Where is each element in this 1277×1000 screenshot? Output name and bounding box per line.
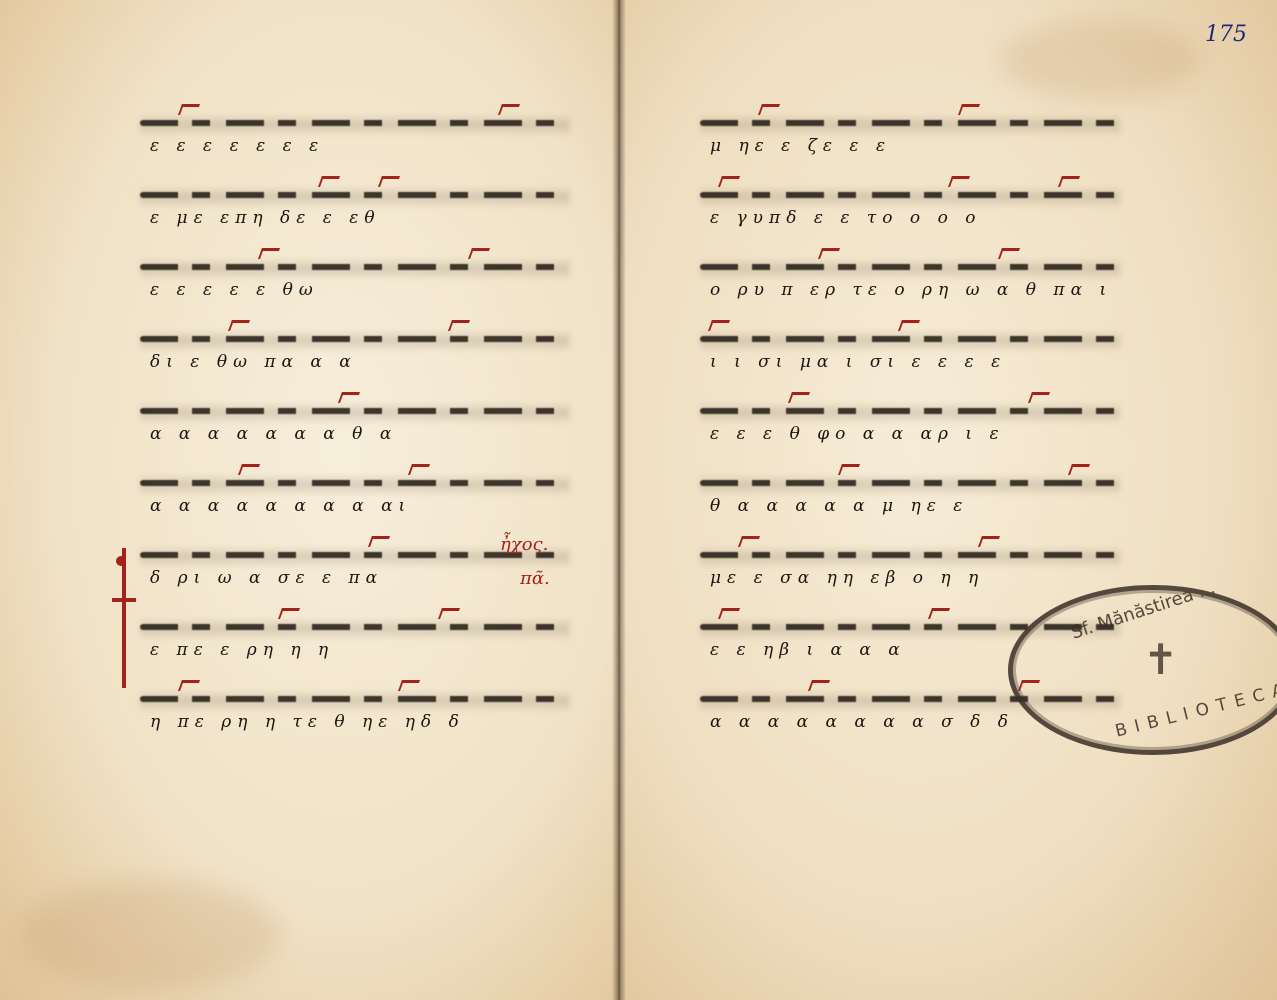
neume-row bbox=[140, 604, 570, 640]
notation-line: α α α α α α α θ α bbox=[140, 388, 570, 460]
syllable-row: ε ε ε θ φο α α αρ ι ε bbox=[700, 424, 1120, 444]
syllable-row: ε πε ε ρη η η bbox=[140, 640, 570, 660]
age-stain bbox=[1000, 20, 1200, 100]
syllable-row: δι ε θω πα α α bbox=[140, 352, 570, 372]
red-marginal-initial bbox=[112, 548, 142, 688]
syllable-row: θ α α α α α μ ηε ε bbox=[700, 496, 1120, 516]
notation-line: ι ι σι μα ι σι ε ε ε ε bbox=[700, 316, 1120, 388]
syllable-row: ε με επη δε ε εθ bbox=[140, 208, 570, 228]
folio-number: 175 bbox=[1205, 22, 1247, 47]
neume-row bbox=[140, 100, 570, 136]
syllable-row: ε ε ε ε ε ε ε bbox=[140, 136, 570, 156]
syllable-row: ι ι σι μα ι σι ε ε ε ε bbox=[700, 352, 1120, 372]
neume-row bbox=[140, 172, 570, 208]
syllable-row: μ ηε ε ζε ε ε bbox=[700, 136, 1120, 156]
syllable-row: η πε ρη η τε θ ηε ηδ δ bbox=[140, 712, 570, 732]
notation-line: θ α α α α α μ ηε ε bbox=[700, 460, 1120, 532]
notation-line: ε ε ε θ φο α α αρ ι ε bbox=[700, 388, 1120, 460]
neume-row bbox=[700, 388, 1120, 424]
notation-line: ε πε ε ρη η η bbox=[140, 604, 570, 676]
neume-row bbox=[700, 460, 1120, 496]
left-text-block: ε ε ε ε ε ε ε ε με επη δε ε εθ ε ε ε ε ε… bbox=[140, 100, 570, 748]
neume-row bbox=[700, 316, 1120, 352]
notation-line: δ ρι ω α σε ε πα ἦχος. πᾶ. bbox=[140, 532, 570, 604]
neume-row bbox=[140, 676, 570, 712]
mode-rubric: πᾶ. bbox=[520, 568, 550, 589]
notation-line: με ε σα ηη εβ ο η η bbox=[700, 532, 1120, 604]
syllable-row: δ ρι ω α σε ε πα bbox=[140, 568, 570, 588]
neume-row bbox=[700, 532, 1120, 568]
neume-row bbox=[140, 460, 570, 496]
notation-line: ε γυπδ ε ε το ο ο ο bbox=[700, 172, 1120, 244]
syllable-row: ο ρυ π ερ τε ο ρη ω α θ πα ι bbox=[700, 280, 1120, 300]
age-stain bbox=[20, 880, 280, 990]
syllable-row: με ε σα ηη εβ ο η η bbox=[700, 568, 1120, 588]
neume-row bbox=[140, 388, 570, 424]
neume-row bbox=[700, 100, 1120, 136]
notation-line: η πε ρη η τε θ ηε ηδ δ bbox=[140, 676, 570, 748]
notation-line: α α α α α α α α αι bbox=[140, 460, 570, 532]
neume-row bbox=[700, 172, 1120, 208]
syllable-row: α α α α α α α θ α bbox=[140, 424, 570, 444]
syllable-row: ε ε ε ε ε θω bbox=[140, 280, 570, 300]
open-manuscript: 175 ε ε ε ε ε ε ε ε με επη δε ε εθ ε ε ε… bbox=[0, 0, 1277, 1000]
book-spine bbox=[612, 0, 626, 1000]
echos-rubric: ἦχος. bbox=[500, 534, 548, 555]
neume-row bbox=[700, 244, 1120, 280]
cross-icon: ✝ bbox=[1143, 635, 1178, 684]
neume-row bbox=[140, 244, 570, 280]
syllable-row: ε γυπδ ε ε το ο ο ο bbox=[700, 208, 1120, 228]
notation-line: ε με επη δε ε εθ bbox=[140, 172, 570, 244]
notation-line: ε ε ε ε ε θω bbox=[140, 244, 570, 316]
notation-line: ο ρυ π ερ τε ο ρη ω α θ πα ι bbox=[700, 244, 1120, 316]
notation-line: δι ε θω πα α α bbox=[140, 316, 570, 388]
notation-line: μ ηε ε ζε ε ε bbox=[700, 100, 1120, 172]
syllable-row: α α α α α α α α αι bbox=[140, 496, 570, 516]
neume-row bbox=[140, 316, 570, 352]
notation-line: ε ε ε ε ε ε ε bbox=[140, 100, 570, 172]
